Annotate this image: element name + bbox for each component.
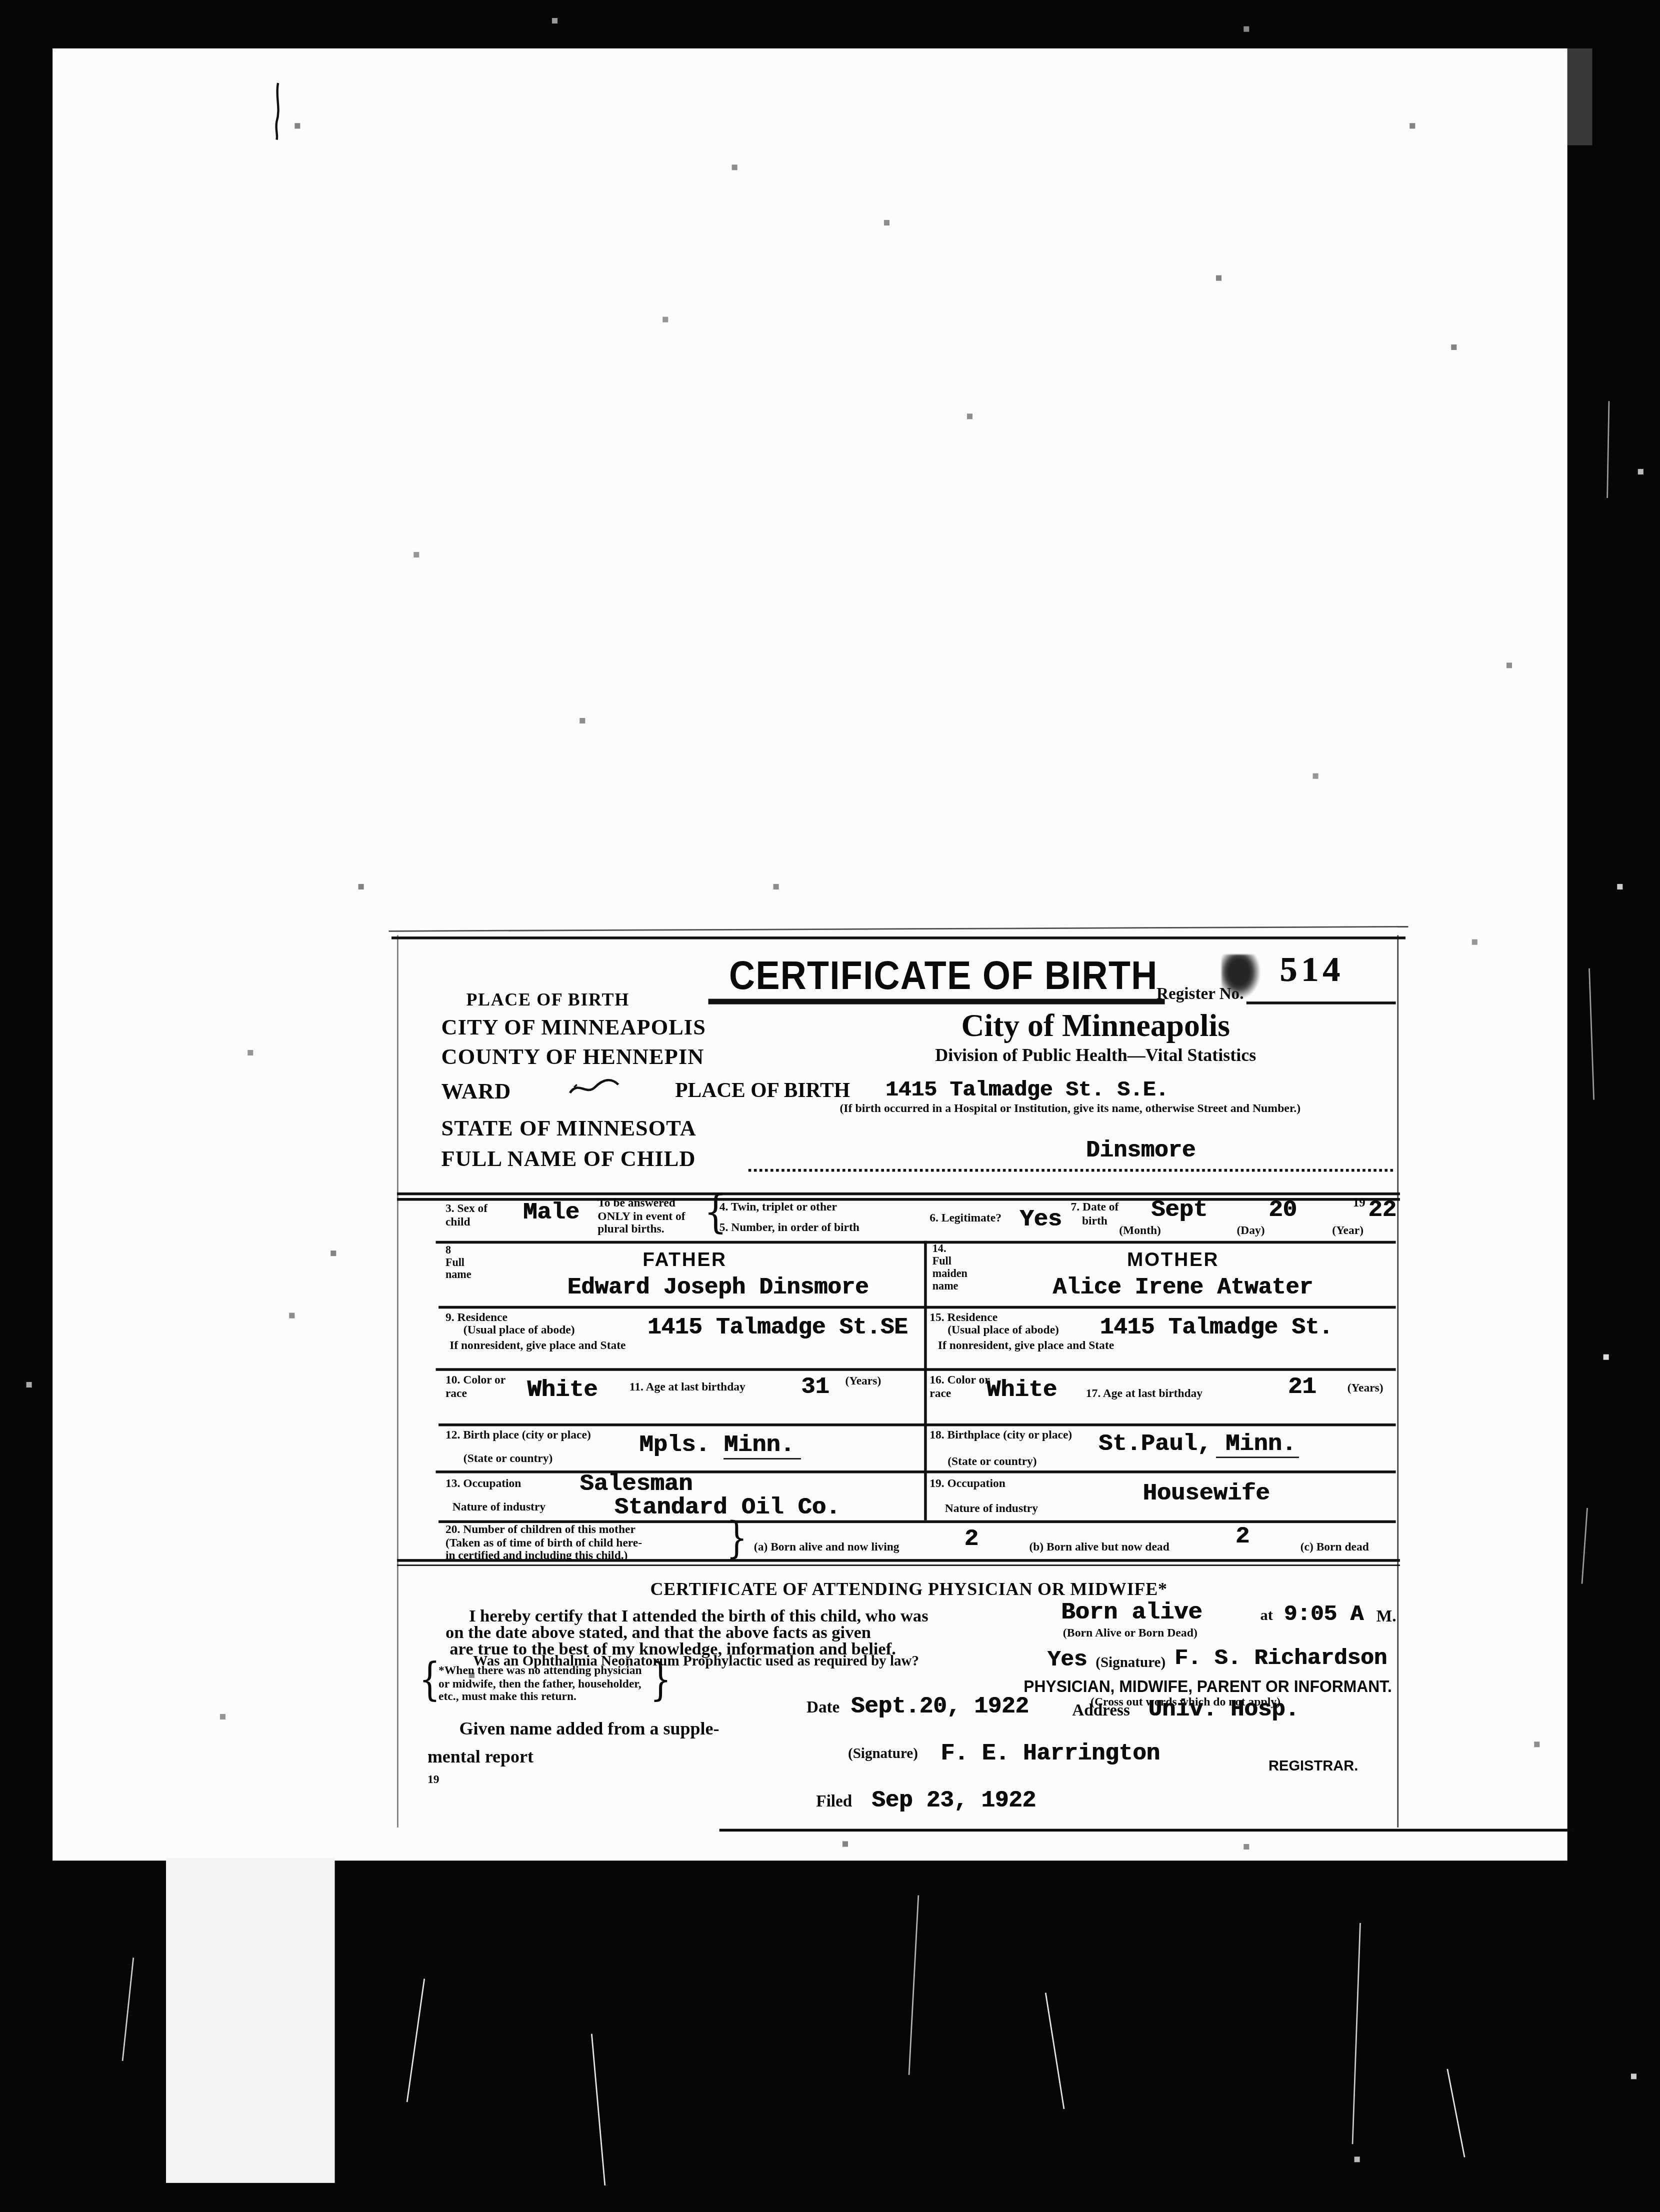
birth-order-label: 5. Number, in order of birth <box>719 1221 859 1234</box>
title-underline <box>708 999 1165 1004</box>
date-label: Date <box>806 1699 839 1717</box>
mother-color-label: 16. Color or race <box>929 1373 989 1400</box>
page-edge-line <box>719 1829 1574 1832</box>
scratch-line <box>908 1895 920 2075</box>
at-label: at <box>1260 1607 1272 1624</box>
mother-birthplace-sub: (State or country) <box>947 1455 1037 1468</box>
address-label: Address <box>1072 1701 1130 1720</box>
father-color-value: White <box>527 1378 597 1404</box>
address-value: Univ. Hosp. <box>1148 1696 1298 1722</box>
page-edge-remnant <box>1567 48 1592 145</box>
table-rule <box>436 1368 1396 1370</box>
dob-month-value: Sept <box>1151 1198 1207 1224</box>
mother-age-caption: (Years) <box>1347 1382 1383 1395</box>
dob-month-caption: (Month) <box>1119 1224 1161 1237</box>
born-alive-value: Born alive <box>1061 1600 1202 1627</box>
scratch-line <box>1446 2069 1465 2157</box>
children-b-value: 2 <box>1235 1524 1249 1551</box>
father-age-label: 11. Age at last birthday <box>629 1380 745 1393</box>
mother-residence-value: 1415 Talmadge St. <box>1100 1314 1333 1340</box>
mother-age-label: 17. Age at last birthday <box>1086 1387 1202 1400</box>
mother-residence-sub: (Usual place of abode) <box>947 1324 1059 1337</box>
father-name-value: Edward Joseph Dinsmore <box>552 1274 884 1300</box>
dob-label: 7. Date of birth <box>1070 1200 1118 1227</box>
mother-occupation-label: 19. Occupation <box>929 1477 1005 1490</box>
sex-value: Male <box>523 1200 579 1227</box>
ward-handwritten-mark <box>566 1075 621 1100</box>
mother-num-label: 14. Full maiden name <box>932 1243 967 1293</box>
table-center-divider <box>924 1241 926 1520</box>
dob-year-prefix: 19 <box>1353 1195 1365 1209</box>
mother-industry-label: Nature of industry <box>945 1502 1038 1515</box>
dob-day-caption: (Day) <box>1236 1224 1264 1237</box>
margin-note-brace-close: } <box>650 1653 671 1705</box>
certificate-title: CERTIFICATE OF BIRTH <box>712 954 1174 998</box>
table-rule <box>397 1564 1400 1566</box>
ward-label: WARD <box>441 1080 511 1105</box>
mother-age-value: 21 <box>1288 1375 1316 1401</box>
father-occupation-value: Salesman <box>579 1472 692 1498</box>
born-alive-caption: (Born Alive or Born Dead) <box>1044 1627 1216 1640</box>
register-stamp-smudge <box>1221 954 1260 999</box>
table-rule <box>438 1306 1396 1308</box>
table-rule <box>438 1423 1396 1425</box>
registrar-signature-label: (Signature) <box>848 1747 918 1763</box>
mother-birthplace-label: 18. Birthplace (city or place) <box>929 1429 1072 1442</box>
mother-section-heading: MOTHER <box>1076 1249 1269 1270</box>
father-age-caption: (Years) <box>845 1375 881 1388</box>
scratch-line <box>122 1957 135 2061</box>
scratch-line <box>1352 1923 1361 2144</box>
physician-signature-label: (Signature) <box>1095 1656 1165 1672</box>
form-number: 19 <box>427 1773 439 1786</box>
table-rule <box>397 1192 1400 1194</box>
table-rule <box>436 1241 1396 1243</box>
full-name-label: FULL NAME OF CHILD <box>441 1148 696 1173</box>
birthplace-underline <box>1216 1456 1299 1458</box>
pen-mark <box>265 80 290 141</box>
children-c-label: (c) Born dead <box>1300 1541 1369 1554</box>
children-a-label: (a) Born alive and now living <box>754 1541 899 1554</box>
mother-birthplace-value: St.Paul, Minn. <box>1098 1432 1296 1458</box>
physician-section-heading: CERTIFICATE OF ATTENDING PHYSICIAN OR MI… <box>646 1580 1171 1600</box>
filed-label: Filed <box>816 1793 852 1811</box>
date-value: Sept.20, 1922 <box>851 1693 1029 1719</box>
father-section-heading: FATHER <box>588 1249 781 1270</box>
legitimate-value: Yes <box>1019 1207 1062 1234</box>
page-noise-specks <box>0 0 3 3</box>
pob-value: 1415 Talmadge St. S.E. <box>885 1077 1168 1102</box>
physician-signature-value: F. S. Richardson <box>1174 1646 1387 1671</box>
state-heading: STATE OF MINNESOTA <box>441 1117 696 1142</box>
registrar-signature-value: F. E. Harrington <box>940 1740 1159 1767</box>
twin-label: 4. Twin, triplet or other <box>719 1200 837 1213</box>
registrar-label: REGISTRAR. <box>1268 1759 1358 1776</box>
scratch-line <box>406 1978 425 2102</box>
certificate: CERTIFICATE OF BIRTH Register No. 514 PL… <box>397 935 1400 1827</box>
dob-year-caption: (Year) <box>1332 1224 1363 1237</box>
legitimate-label: 6. Legitimate? <box>929 1212 1001 1225</box>
mother-name-value: Alice Irene Atwater <box>1017 1274 1349 1300</box>
scratch-line <box>1606 401 1610 498</box>
no-attending-physician-note: *When there was no attending physician o… <box>438 1664 642 1703</box>
father-age-value: 31 <box>801 1375 829 1401</box>
org-name: City of Minneapolis <box>895 1008 1296 1044</box>
father-birthplace-sub: (State or country) <box>463 1452 553 1465</box>
father-birthplace-label: 12. Birth place (city or place) <box>445 1429 591 1442</box>
mother-residence-note: If nonresident, give place and State <box>938 1339 1114 1352</box>
city-heading: CITY OF MINNEAPOLIS <box>441 1017 706 1042</box>
children-b-label: (b) Born alive but now dead <box>1029 1541 1169 1554</box>
full-name-dotted-line <box>748 1153 1393 1171</box>
ophthalmia-value: Yes <box>1047 1647 1087 1672</box>
pob-label: PLACE OF BIRTH <box>675 1080 850 1103</box>
mother-occupation-value: Housewife <box>1142 1481 1269 1508</box>
father-residence-note: If nonresident, give place and State <box>449 1339 625 1352</box>
supplement-note-line1: Given name added from a supple- <box>459 1719 719 1739</box>
plural-births-note: To be answered ONLY in event of plural b… <box>597 1196 685 1236</box>
father-color-label: 10. Color or race <box>445 1373 505 1400</box>
meridiem-label: M. <box>1376 1607 1396 1626</box>
mother-color-value: White <box>986 1378 1057 1404</box>
county-heading: COUNTY OF HENNEPIN <box>441 1046 704 1071</box>
place-of-birth-heading: PLACE OF BIRTH <box>466 990 629 1010</box>
scanned-document: CERTIFICATE OF BIRTH Register No. 514 PL… <box>0 0 1660 2212</box>
father-occupation-label: 13. Occupation <box>445 1477 521 1490</box>
birth-time-value: 9:05 A <box>1283 1602 1363 1627</box>
certificate-left-border <box>397 935 398 1827</box>
filed-value: Sep 23, 1922 <box>871 1787 1036 1814</box>
father-residence-sub: (Usual place of abode) <box>463 1324 575 1337</box>
full-name-value: Dinsmore <box>1086 1137 1195 1163</box>
certificate-right-border <box>1397 935 1399 1827</box>
certificate-top-rule <box>391 936 1405 939</box>
supplement-note-line2: mental report <box>427 1747 533 1767</box>
brace-close: } <box>726 1513 747 1563</box>
document-page-tab <box>166 1858 335 2183</box>
father-num-label: 8 Full name <box>445 1245 471 1282</box>
scratch-line <box>1581 1508 1588 1584</box>
dob-day-value: 20 <box>1268 1198 1296 1224</box>
dob-year-value: 22 <box>1368 1198 1396 1224</box>
pob-note: (If birth occurred in a Hospital or Inst… <box>839 1102 1395 1116</box>
father-industry-label: Nature of industry <box>452 1501 545 1514</box>
org-division: Division of Public Health—Vital Statisti… <box>895 1046 1296 1066</box>
children-count-label: 20. Number of children of this mother (T… <box>445 1523 642 1562</box>
register-underline <box>1246 1001 1396 1003</box>
father-residence-value: 1415 Talmadge St.SE <box>647 1314 908 1340</box>
margin-note-brace-open: { <box>419 1653 440 1705</box>
table-rule <box>397 1198 1400 1200</box>
scratch-line <box>591 2033 606 2185</box>
scratch-line <box>1045 1992 1065 2109</box>
father-birthplace-value: Mpls. Minn. <box>639 1433 794 1459</box>
birthplace-underline <box>723 1458 801 1459</box>
register-number: 514 <box>1279 951 1344 990</box>
children-a-value: 2 <box>964 1527 978 1553</box>
scratch-line <box>1588 968 1595 1100</box>
sex-label: 3. Sex of child <box>445 1202 487 1228</box>
